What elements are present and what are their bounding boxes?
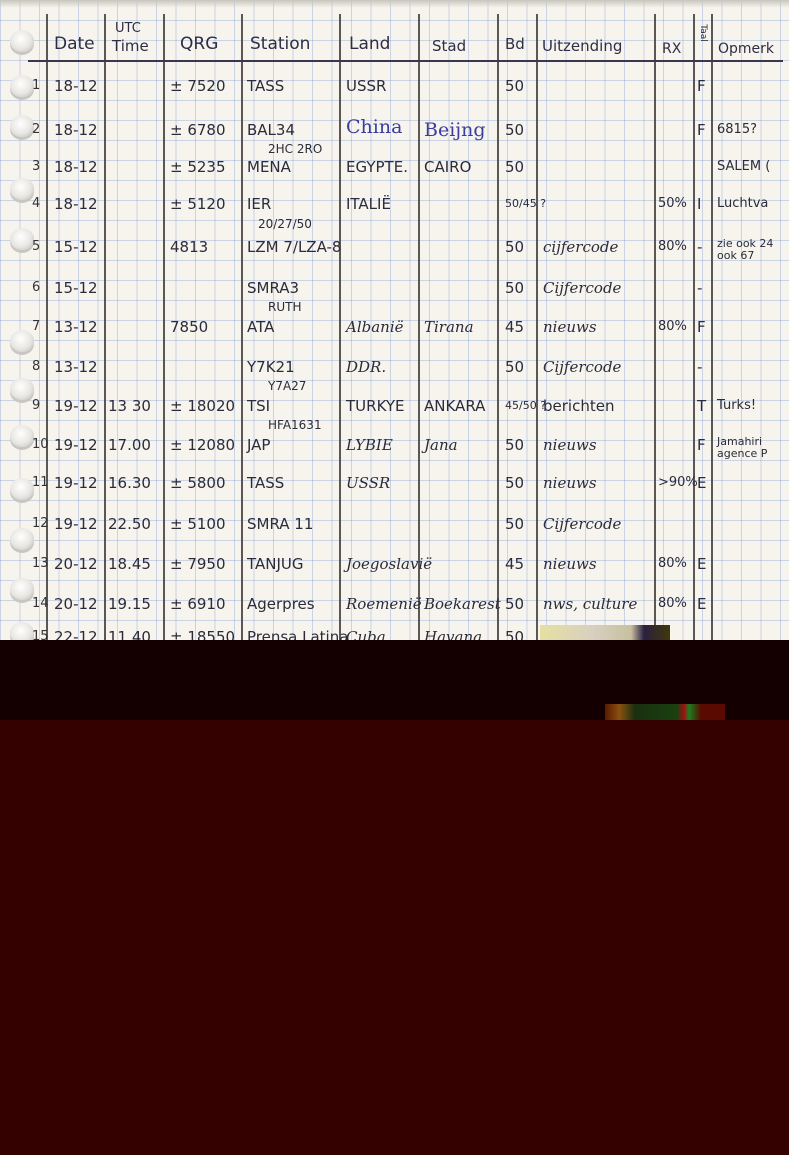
cell-bd: 50: [505, 515, 524, 533]
cell-stad: Boekarest: [424, 595, 501, 613]
binder-hole: [10, 378, 34, 400]
cell-taal: -: [697, 358, 702, 376]
column-rule: [418, 14, 420, 640]
column-rule: [46, 14, 48, 640]
cell-uitzending: nieuws: [543, 474, 597, 492]
cell-land: USSR: [346, 474, 390, 492]
cell-station: SMRA3: [247, 279, 299, 297]
header-date: Date: [54, 35, 95, 53]
cell-nr: 6: [32, 279, 40, 297]
binder-hole: [10, 330, 34, 352]
column-rule: [711, 14, 713, 640]
cell-qrg: ± 7950: [170, 555, 226, 573]
header-taal: Taal: [694, 24, 712, 42]
cell-date: 13-12: [54, 358, 98, 376]
header-stad: Stad: [432, 37, 466, 55]
cell-taal: -: [697, 238, 702, 256]
cell-date: 22-12: [54, 628, 98, 640]
cell-utc-time: 13 30: [108, 397, 151, 415]
cell-opmerk: Luchtva: [717, 195, 768, 213]
cell-opmerk: 6815?: [717, 121, 757, 139]
binder-hole: [10, 425, 34, 447]
header-uitzending: Uitzending: [542, 37, 622, 55]
cell-bd: 50: [505, 121, 524, 139]
cell-qrg: ± 12080: [170, 436, 235, 454]
cell-uitzending: Cijfercode: [543, 358, 621, 376]
page-top-edge: [0, 0, 789, 8]
cell-bd: 50: [505, 628, 524, 640]
cell-taal: -: [697, 279, 702, 297]
cell-nr: 10: [32, 436, 49, 454]
cell-date: 20-12: [54, 595, 98, 613]
cell-station: Y7K21: [247, 358, 295, 376]
cell-date: 15-12: [54, 279, 98, 297]
cell-bd: 45/50 ?: [505, 397, 546, 415]
cell-utc-time: 16.30: [108, 474, 151, 492]
cell-land: DDR.: [346, 358, 386, 376]
header-utc: UTC: [115, 20, 141, 38]
cell-station: TANJUG: [247, 555, 304, 573]
cell-bd: 50: [505, 238, 524, 256]
cell-land: China: [346, 118, 402, 136]
cell-rx: 80%: [658, 595, 687, 613]
cell-opmerk: Jamahiriagence P: [717, 436, 767, 460]
cell-nr: 12: [32, 515, 49, 533]
cell-stad: CAIRO: [424, 158, 471, 176]
cell-station: TSI: [247, 397, 270, 415]
binder-hole: [10, 30, 34, 52]
cell-date: 18-12: [54, 77, 98, 95]
cell-nr: 3: [32, 158, 40, 176]
column-rule: [163, 14, 165, 640]
cell-uitzending: Cijfercode: [543, 515, 621, 533]
cell-qrg: ± 7520: [170, 77, 226, 95]
cell-stad: Tirana: [424, 318, 474, 336]
cell-land: LYBIE: [346, 436, 393, 454]
cell-nr: 9: [32, 397, 40, 415]
column-rule: [497, 14, 499, 640]
cell-uitzending: nieuws: [543, 436, 597, 454]
cell-taal: I: [697, 195, 701, 213]
cell-taal: F: [697, 121, 706, 139]
cell-station-extra: RUTH: [268, 298, 301, 316]
cell-stad: ANKARA: [424, 397, 485, 415]
cell-bd: 50: [505, 158, 524, 176]
cell-station: TASS: [247, 474, 284, 492]
cell-station: TASS: [247, 77, 284, 95]
cell-land: USSR: [346, 77, 386, 95]
cell-station-extra: HFA1631: [268, 416, 322, 434]
cell-opmerk: zie ook 24ook 67: [717, 238, 773, 262]
cell-date: 18-12: [54, 121, 98, 139]
cell-nr: 8: [32, 358, 40, 376]
cell-taal: E: [697, 474, 706, 492]
cell-utc-time: 11.40: [108, 628, 151, 640]
cell-station: Prensa Latina: [247, 628, 348, 640]
cell-rx: 80%: [658, 238, 687, 256]
cell-uitzending: cijfercode: [543, 238, 618, 256]
cell-utc-time: 17.00: [108, 436, 151, 454]
cell-qrg: ± 6780: [170, 121, 226, 139]
cell-station: BAL34: [247, 121, 295, 139]
cell-date: 13-12: [54, 318, 98, 336]
binder-hole: [10, 228, 34, 250]
header-bd: Bd: [505, 35, 525, 53]
cell-bd: 50/45 ?: [505, 195, 546, 213]
cell-bd: 50: [505, 77, 524, 95]
cell-station: IER: [247, 195, 271, 213]
cell-station-extra: Y7A27: [268, 377, 306, 395]
cell-station: Agerpres: [247, 595, 315, 613]
column-rule: [339, 14, 341, 640]
binder-hole: [10, 528, 34, 550]
cell-date: 19-12: [54, 436, 98, 454]
cell-nr: 1: [32, 77, 40, 95]
cell-qrg: 7850: [170, 318, 208, 336]
cell-station-extra: 2HC 2RO: [268, 140, 322, 158]
cell-land: Cuba: [346, 628, 386, 640]
cell-qrg: 4813: [170, 238, 208, 256]
column-rule: [693, 14, 695, 640]
header-station: Station: [250, 35, 310, 53]
cell-rx: 80%: [658, 318, 687, 336]
cell-qrg: ± 18550: [170, 628, 235, 640]
header-rx: RX: [662, 40, 681, 58]
cell-uitzending: nieuws: [543, 555, 597, 573]
cell-date: 15-12: [54, 238, 98, 256]
cell-land: TURKYE: [346, 397, 405, 415]
cell-bd: 50: [505, 279, 524, 297]
binder-hole: [10, 478, 34, 500]
column-rule: [241, 14, 243, 640]
cell-qrg: ± 5120: [170, 195, 226, 213]
cell-uitzending: nieuws: [543, 318, 597, 336]
cell-land: EGYPTE.: [346, 158, 408, 176]
image-corruption-strip: [605, 704, 725, 720]
cell-uitzending: nws, culture: [543, 595, 637, 613]
cell-nr: 4: [32, 195, 40, 213]
cell-station: LZM 7/LZA-8: [247, 238, 341, 256]
cell-rx: >90%: [658, 474, 698, 492]
binder-hole: [10, 178, 34, 200]
cell-bd: 45: [505, 555, 524, 573]
cell-stad: Jana: [424, 436, 458, 454]
cell-nr: 7: [32, 318, 40, 336]
cell-nr: 13: [32, 555, 49, 573]
header-underline: [28, 60, 783, 62]
cell-opmerk: Turks!: [717, 397, 756, 415]
notebook-page: Date UTC Time QRG Station Land Stad Bd U…: [0, 0, 789, 640]
cell-bd: 50: [505, 474, 524, 492]
cell-station: MENA: [247, 158, 291, 176]
column-rule: [654, 14, 656, 640]
cell-date: 18-12: [54, 158, 98, 176]
cell-bd: 50: [505, 358, 524, 376]
cell-nr: 15: [32, 628, 49, 640]
header-time: Time: [112, 37, 149, 55]
cell-qrg: ± 6910: [170, 595, 226, 613]
cell-uitzending: berichten: [543, 397, 614, 415]
cell-station-extra: 20/27/50: [258, 215, 312, 233]
cell-rx: 80%: [658, 555, 687, 573]
header-qrg: QRG: [180, 35, 218, 53]
image-corruption-strip: [540, 625, 670, 640]
cell-utc-time: 18.45: [108, 555, 151, 573]
cell-nr: 5: [32, 238, 40, 256]
cell-bd: 50: [505, 595, 524, 613]
column-rule: [104, 14, 106, 640]
cell-date: 20-12: [54, 555, 98, 573]
cell-station: JAP: [247, 436, 270, 454]
cell-bd: 45: [505, 318, 524, 336]
cell-taal: F: [697, 77, 706, 95]
header-opmerk: Opmerk: [718, 40, 774, 58]
cell-taal: F: [697, 436, 706, 454]
cell-nr: 14: [32, 595, 49, 613]
cell-qrg: ± 5235: [170, 158, 226, 176]
cell-opmerk: SALEM (: [717, 158, 770, 176]
cell-land: Joegoslavië: [346, 555, 432, 573]
cell-land: Roemenië: [346, 595, 422, 613]
cell-nr: 2: [32, 121, 40, 139]
cell-land: Albanië: [346, 318, 404, 336]
binder-hole: [10, 75, 34, 97]
header-land: Land: [349, 35, 390, 53]
binder-hole: [10, 115, 34, 137]
cell-nr: 11: [32, 474, 49, 492]
cell-uitzending: Cijfercode: [543, 279, 621, 297]
column-rule: [536, 14, 538, 640]
cell-land: ITALIË: [346, 195, 391, 213]
cell-utc-time: 22.50: [108, 515, 151, 533]
cell-bd: 50: [505, 436, 524, 454]
cell-taal: F: [697, 318, 706, 336]
cell-qrg: ± 5800: [170, 474, 226, 492]
binder-hole: [10, 622, 34, 640]
cell-rx: 50%: [658, 195, 687, 213]
cell-taal: E: [697, 595, 706, 613]
binder-hole: [10, 578, 34, 600]
cell-utc-time: 19.15: [108, 595, 151, 613]
cell-stad: Havana: [424, 628, 482, 640]
cell-qrg: ± 5100: [170, 515, 226, 533]
cell-station: SMRA 11: [247, 515, 313, 533]
cell-date: 19-12: [54, 474, 98, 492]
cell-qrg: ± 18020: [170, 397, 235, 415]
cell-stad: Beijng: [424, 121, 486, 139]
cell-date: 18-12: [54, 195, 98, 213]
cell-date: 19-12: [54, 515, 98, 533]
cell-taal: T: [697, 397, 706, 415]
cell-taal: E: [697, 555, 706, 573]
cell-date: 19-12: [54, 397, 98, 415]
cell-station: ATA: [247, 318, 274, 336]
